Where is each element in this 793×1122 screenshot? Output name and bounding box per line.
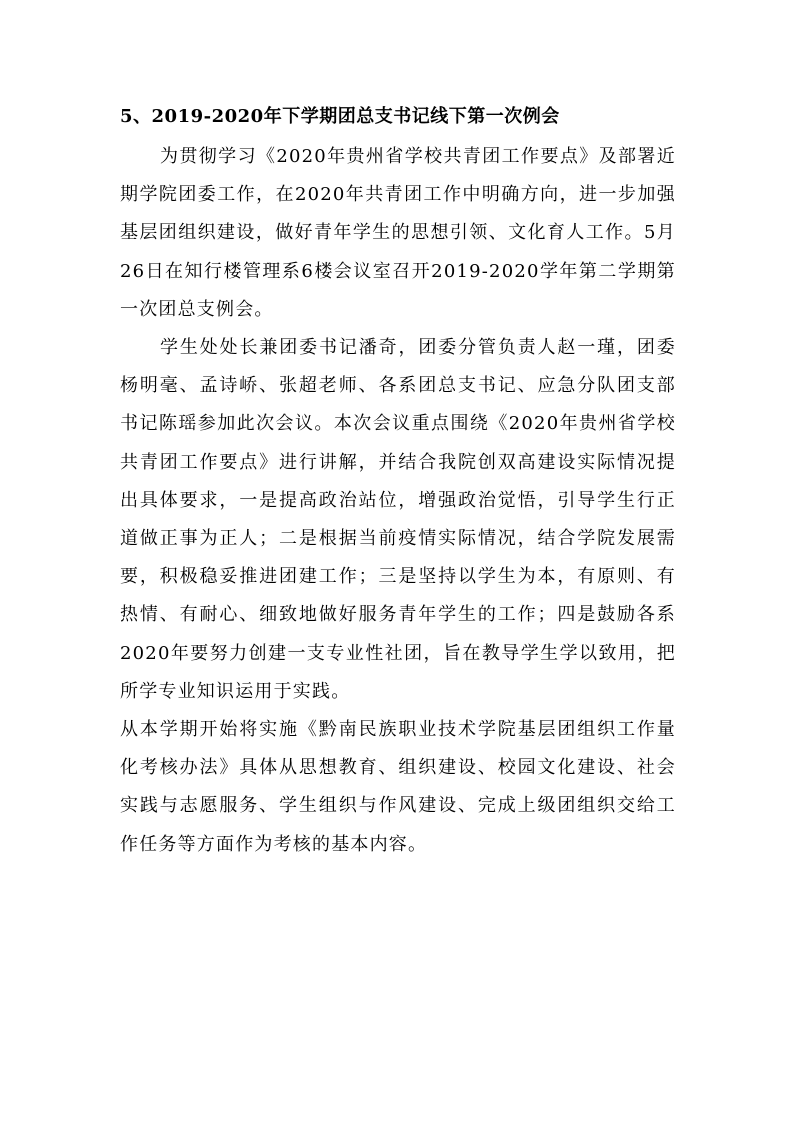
section-title: 5、2019-2020年下学期团总支书记线下第一次例会 [120, 100, 676, 134]
document-page: 5、2019-2020年下学期团总支书记线下第一次例会 为贯彻学习《2020年贵… [120, 100, 676, 864]
paragraph-meeting-attendees-content: 学生处处长兼团委书记潘奇，团委分管负责人赵一瑾，团委杨明毫、孟诗峤、张超老师、各… [120, 329, 676, 711]
paragraph-meeting-purpose: 为贯彻学习《2020年贵州省学校共青团工作要点》及部署近期学院团委工作，在202… [120, 138, 676, 329]
paragraph-assessment-method: 从本学期开始将实施《黔南民族职业技术学院基层团组织工作量化考核办法》具体从思想教… [120, 711, 676, 864]
